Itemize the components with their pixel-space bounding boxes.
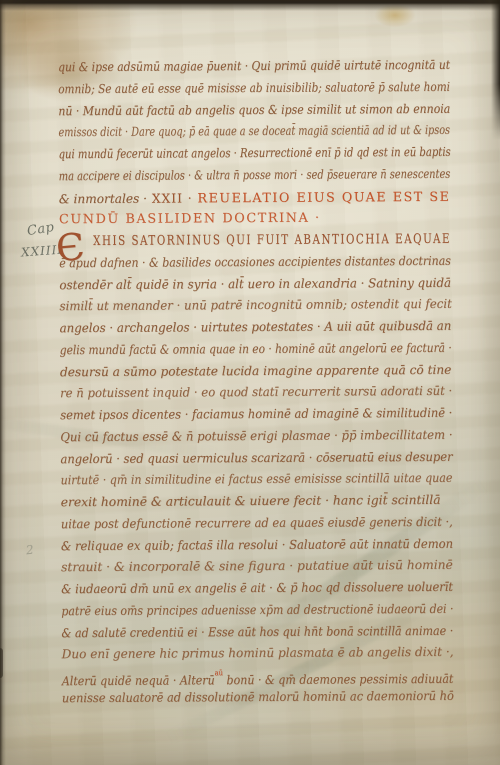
text-run: nū · Mundū aūt factū ab angelis quos & i…: [58, 101, 450, 117]
text-line: qui mundū fecerūt uincat angelos · Resur…: [59, 145, 455, 169]
interlinear-correction: aū: [215, 668, 223, 677]
text-run: similt̄ ut menander · unū patrē incognit…: [59, 297, 451, 313]
text-run: Alterū quidē nequā · Alterū: [62, 673, 215, 688]
text-line: uenisse saluatorē ad dissolutionē malorū…: [62, 689, 458, 713]
text-line: desursū a sūmo potestate lucida imagine …: [60, 362, 456, 386]
text-run: & iudaeorū dm̄ unū ex angelis ē ait · & …: [61, 580, 453, 596]
text-run: & inmortales ·: [59, 191, 147, 206]
text-line: & inmortales · XXII · REUELATIO EIUS QUA…: [59, 188, 455, 212]
text-line: ostendēr alt̄ quidē in syria · alt̄ uero…: [59, 275, 455, 299]
text-run: emissos dicit · Dare quoq; p̄ eā quae a …: [58, 123, 450, 139]
text-line: emissos dicit · Dare quoq; p̄ eā quae a …: [58, 123, 454, 147]
text-line: strauit · & incorporalē & sine figura · …: [61, 558, 457, 582]
text-line: patrē eius om̄s principes aduenisse xp̄m…: [61, 602, 457, 626]
text-run: Duo enī genere hic primus hominū plasmat…: [62, 645, 454, 661]
text-line: & ad salutē credentiū ei · Esse aūt hos …: [61, 623, 457, 647]
text-run: qui & ipse adsūmū magiae p̄uenit · Qui p…: [58, 58, 450, 74]
text-line: uitae post defunctionē recurrere ad ea q…: [61, 515, 457, 539]
text-run: erexit hominē & articulauit & uiuere fec…: [61, 493, 441, 509]
text-line: & iudaeorū dm̄ unū ex angelis ē ait · & …: [61, 580, 457, 604]
text-run: patrē eius om̄s principes aduenisse xp̄m…: [61, 602, 453, 618]
text-run: Qui cū factus essē & n̄ potuissē erigi p…: [60, 428, 452, 444]
page-edge-right: [491, 0, 500, 140]
text-line: & reliquae ex quib; factas̄ illa resolui…: [61, 536, 457, 560]
text-run: angelos · archangelos · uirtutes potesta…: [60, 319, 452, 335]
text-run: desursū a sūmo potestate lucida imagine …: [60, 362, 452, 378]
text-line: similt̄ ut menander · unū patrē incognit…: [59, 297, 455, 321]
page-edge-nick: [0, 648, 3, 678]
text-run: angelorū · sed quasi uermiculus scarizar…: [60, 449, 452, 465]
text-line: qui & ipse adsūmū magiae p̄uenit · Qui p…: [58, 58, 454, 82]
text-run: ma accipere ei discipulos · & ultra n̄ p…: [59, 167, 451, 183]
text-line: XHIS SATORNINUS QUI FUIT ABANTIOCHIA EAQ…: [59, 232, 455, 256]
text-run: re n̄ potuissent inquid · eo quod statī …: [60, 384, 452, 400]
rubric-run: REUELATIO EIUS QUAE EST SE: [197, 189, 450, 206]
text-run: ē apud dafnen · & basilides occasiones a…: [59, 254, 451, 270]
text-run: uitae post defunctionē recurrere ad ea q…: [61, 515, 453, 531]
text-line: Duo enī genere hic primus hominū plasmat…: [62, 645, 458, 669]
text-run: & reliquae ex quib; factas̄ illa resolui…: [61, 536, 453, 552]
text-run: & ad salutē credentiū ei · Esse aūt hos …: [61, 623, 453, 639]
text-run: semet ipsos dicentes · faciamus hominē a…: [60, 406, 452, 422]
text-line: gelis mundū factū & omnia quae in eo · h…: [60, 341, 456, 365]
text-line: Alterū quidē nequā · Alterūaū bonū · & q…: [62, 667, 458, 691]
text-run: bonū · & qm̄ daemones pessimis adiuuāt: [223, 672, 453, 687]
page-edge-top: [0, 0, 500, 11]
text-run: XXII ·: [147, 190, 198, 205]
text-line: ma accipere ei discipulos · & ultra n̄ p…: [59, 167, 455, 191]
text-run: ostendēr alt̄ quidē in syria · alt̄ uero…: [59, 275, 451, 291]
heading-run: XHIS SATORNINUS QUI FUIT ABANTIOCHIA EAQ…: [93, 232, 451, 249]
text-line: angelorū · sed quasi uermiculus scarizar…: [60, 449, 456, 473]
rubric-run: CUNDŪ BASILIDEN DOCTRINA ·: [59, 211, 321, 228]
text-line: semet ipsos dicentes · faciamus hominē a…: [60, 406, 456, 430]
text-line: uirtutē · qm̄ in similitudine ei factus …: [61, 471, 457, 495]
text-line: nū · Mundū aūt factū ab angelis quos & i…: [58, 101, 454, 125]
text-line: re n̄ potuissent inquid · eo quod statī …: [60, 384, 456, 408]
margin-stray-mark: 2: [25, 543, 34, 558]
text-line: ē apud dafnen · & basilides occasiones a…: [59, 254, 455, 278]
text-line: angelos · archangelos · uirtutes potesta…: [60, 319, 456, 343]
text-block: Є qui & ipse adsūmū magiae p̄uenit · Qui…: [58, 58, 458, 713]
text-run: qui mundū fecerūt uincat angelos · Resur…: [59, 145, 451, 161]
text-run: gelis mundū factū & omnia quae in eo · h…: [60, 341, 452, 357]
text-run: omnib; Se autē eū esse quē misisse ab in…: [58, 80, 450, 96]
text-line: CUNDŪ BASILIDEN DOCTRINA ·: [59, 210, 455, 234]
text-run: strauit · & incorporalē & sine figura · …: [61, 558, 453, 574]
text-lines: qui & ipse adsūmū magiae p̄uenit · Qui p…: [58, 58, 458, 713]
text-run: uenisse saluatorē ad dissolutionē malorū…: [62, 689, 454, 705]
text-line: omnib; Se autē eū esse quē misisse ab in…: [58, 80, 454, 104]
manuscript-photo: Cap XXIIII 2 Є qui & ipse adsūmū magiae …: [0, 0, 500, 765]
text-run: uirtutē · qm̄ in similitudine ei factus …: [61, 471, 453, 487]
text-line: erexit hominē & articulauit & uiuere fec…: [61, 493, 457, 517]
text-line: Qui cū factus essē & n̄ potuissē erigi p…: [60, 428, 456, 452]
